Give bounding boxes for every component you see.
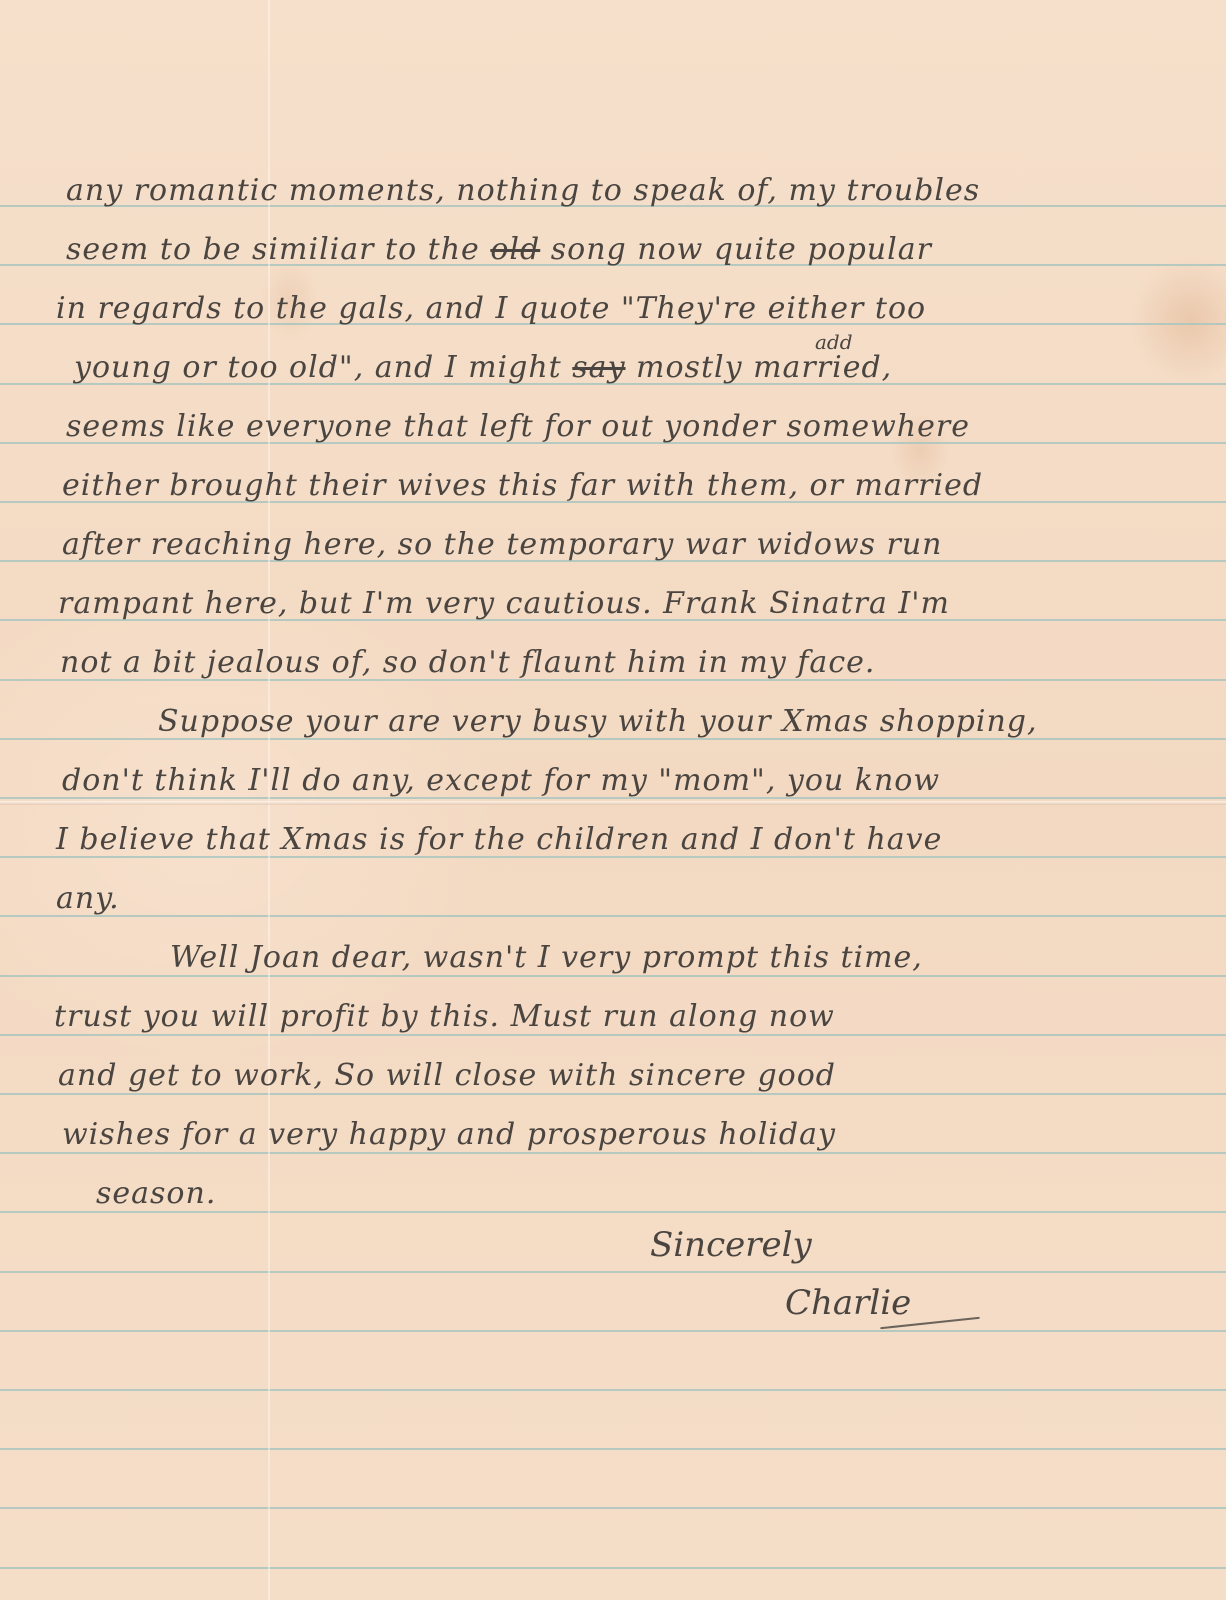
text-segment: young or too old", and I might xyxy=(74,350,572,385)
letter-page: any romantic moments, nothing to speak o… xyxy=(0,0,1226,1600)
letter-line-18: season. xyxy=(96,1179,216,1209)
letter-line-5: seems like everyone that left for out yo… xyxy=(66,412,970,442)
letter-line-3: in regards to the gals, and I quote "The… xyxy=(56,294,926,324)
letter-line-17: wishes for a very happy and prosperous h… xyxy=(62,1120,836,1150)
ruled-line xyxy=(0,1389,1226,1391)
text-segment: mostly married, xyxy=(626,350,893,385)
ruled-line xyxy=(0,915,1226,917)
letter-line-12: I believe that Xmas is for the children … xyxy=(56,825,942,855)
ruled-line xyxy=(0,1567,1226,1569)
ruled-line xyxy=(0,1093,1226,1095)
struck-word: old xyxy=(490,232,540,267)
letter-line-13: any. xyxy=(56,884,120,914)
struck-word: say xyxy=(572,350,625,385)
ruled-line xyxy=(0,1034,1226,1036)
letter-line-6: either brought their wives this far with… xyxy=(62,471,983,501)
letter-line-9: not a bit jealous of, so don't flaunt hi… xyxy=(60,648,875,678)
ruled-line xyxy=(0,1330,1226,1332)
letter-line-7: after reaching here, so the temporary wa… xyxy=(62,530,943,560)
paper-fold-horizontal xyxy=(0,801,1226,805)
letter-line-15: trust you will profit by this. Must run … xyxy=(54,1002,835,1032)
letter-line-1: any romantic moments, nothing to speak o… xyxy=(66,176,980,206)
ruled-line xyxy=(0,1152,1226,1154)
letter-line-16: and get to work, So will close with sinc… xyxy=(58,1061,836,1091)
closing-sincerely: Sincerely xyxy=(650,1225,812,1265)
letter-line-14: Well Joan dear, wasn't I very prompt thi… xyxy=(170,943,923,973)
text-segment: seem to be similiar to the xyxy=(66,232,490,267)
signature-charlie: Charlie xyxy=(785,1283,911,1323)
letter-line-10: Suppose your are very busy with your Xma… xyxy=(158,707,1038,737)
ruled-line xyxy=(0,1448,1226,1450)
letter-line-2: seem to be similiar to the old song now … xyxy=(66,235,932,265)
text-segment: song now quite popular xyxy=(540,232,932,267)
ruled-line xyxy=(0,1211,1226,1213)
letter-line-11: don't think I'll do any, except for my "… xyxy=(62,766,940,796)
ruled-line xyxy=(0,1271,1226,1273)
ruled-line xyxy=(0,1507,1226,1509)
letter-line-8: rampant here, but I'm very cautious. Fra… xyxy=(58,589,950,619)
letter-line-4: young or too old", and I might say mostl… xyxy=(74,353,892,383)
